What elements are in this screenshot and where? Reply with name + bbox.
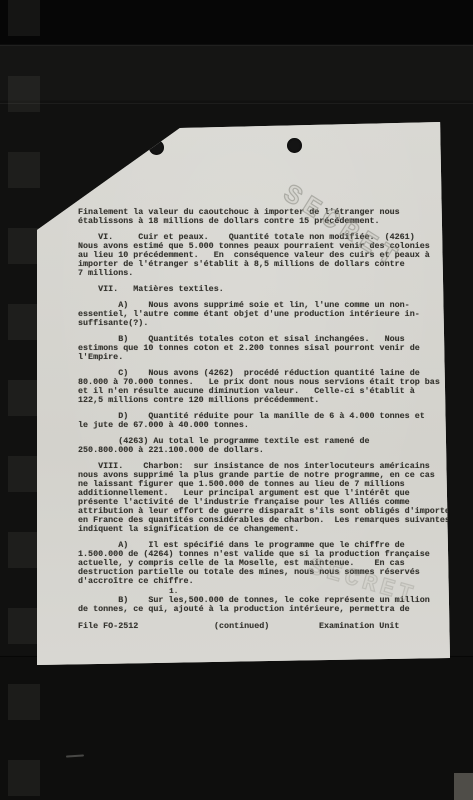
text-line: d'accroître ce chiffre. xyxy=(78,577,446,586)
paragraph: (4263) Au total le programme textile est… xyxy=(78,437,446,455)
text-line: l'Empire. xyxy=(78,353,446,362)
paragraph: 1. B) Sur les,500.000 de tonnes, le coke… xyxy=(78,588,446,614)
punch-hole-right xyxy=(287,138,302,153)
document-page: Finalement la valeur du caoutchouc à imp… xyxy=(37,122,450,665)
document-footer: File FO-2512(continued)Examination Unit xyxy=(78,622,446,631)
paragraph: VIII. Charbon: sur insistance de nos int… xyxy=(78,462,446,534)
text-line: 250.800.000 à 221.100.000 de dollars. xyxy=(78,446,446,455)
text-line: établissons à 18 millions de dollars con… xyxy=(78,217,446,226)
paragraph: VI. Cuir et peaux. Quantité totale non m… xyxy=(78,233,446,278)
document-body: Finalement la valeur du caoutchouc à imp… xyxy=(78,208,446,631)
paragraph: C) Nous avons (4262) procédé réduction q… xyxy=(78,369,446,405)
text-line: 122,5 millions contre 120 millions précé… xyxy=(78,396,446,405)
film-corner-artifact xyxy=(454,773,473,800)
film-streak xyxy=(0,45,473,46)
paragraph: A) Nous avons supprimé soie et lin, l'un… xyxy=(78,301,446,328)
text-line: 7 millions. xyxy=(78,269,446,278)
text-line: VII. Matières textiles. xyxy=(78,285,446,294)
continued-label: (continued) xyxy=(214,622,319,631)
paragraph: VII. Matières textiles. xyxy=(78,285,446,294)
text-line: le jute de 67.000 à 40.000 tonnes. xyxy=(78,421,446,430)
examination-unit-label: Examination Unit xyxy=(319,622,399,631)
text-line: de tonnes, ce qui, ajouté à la productio… xyxy=(78,605,446,614)
text-line: indiquent la signification de ce changem… xyxy=(78,525,446,534)
paragraph: D) Quantité réduite pour la manille de 6… xyxy=(78,412,446,430)
paragraph: Finalement la valeur du caoutchouc à imp… xyxy=(78,208,446,226)
paragraph: B) Quantités totales coton et sisal inch… xyxy=(78,335,446,362)
file-reference: File FO-2512 xyxy=(78,622,214,631)
text-line: estimons que 10 tonnes coton et 2.200 to… xyxy=(78,344,446,353)
film-streak xyxy=(0,103,473,104)
text-line: importer de l'étranger s'établit à 8,5 m… xyxy=(78,260,446,269)
film-sprocket-artifacts xyxy=(8,0,40,800)
text-line: suffisante(?). xyxy=(78,319,446,328)
paragraph: A) Il est spécifié dans le programme que… xyxy=(78,541,446,586)
